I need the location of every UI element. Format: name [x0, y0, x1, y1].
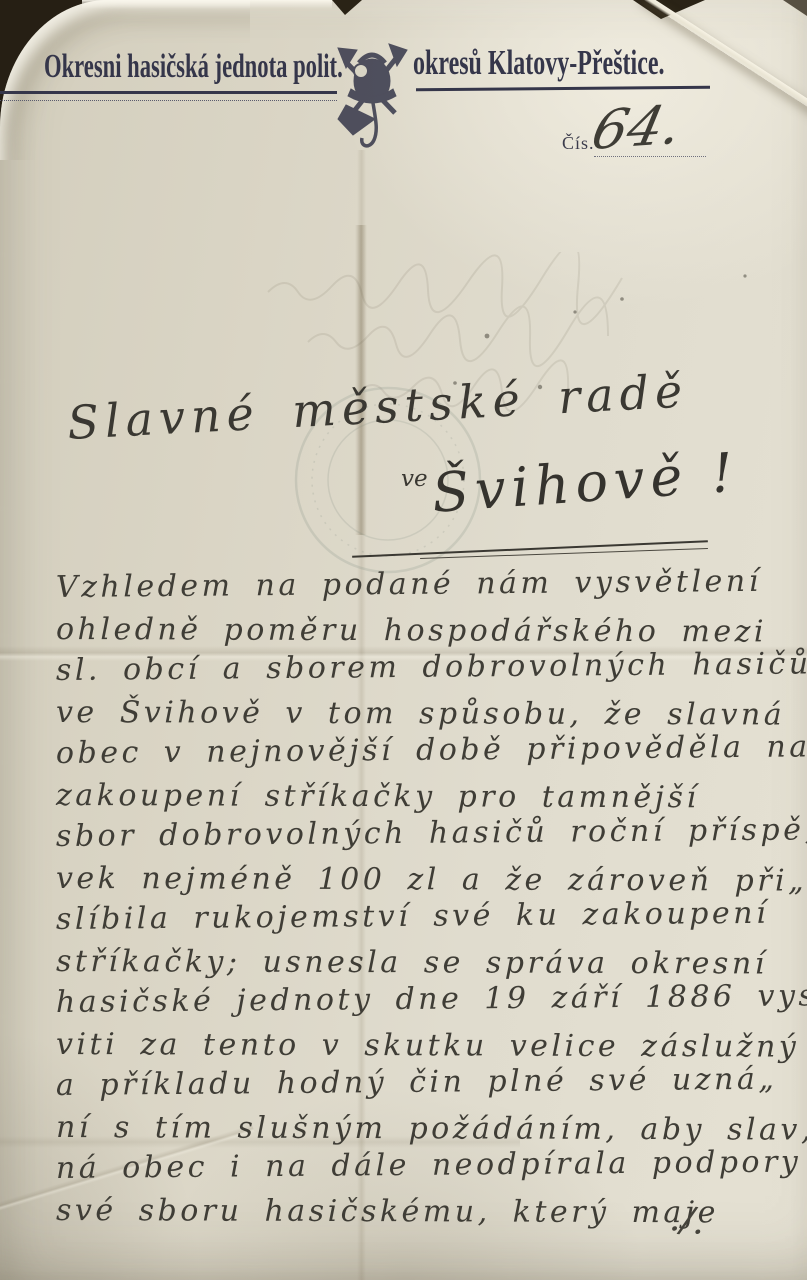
letterhead-org-right: okresů Klatovy-Přeštice.: [413, 44, 665, 83]
photo-background-corner: [783, 0, 807, 16]
manuscript-line: obec v nejnovější době připověděla na: [56, 730, 786, 778]
letterhead-rule-left-dotted: [0, 100, 337, 101]
manuscript-line: Vzhledem na podané nám vysvětlení: [56, 564, 786, 612]
continuation-mark: ./.: [667, 1198, 707, 1243]
manuscript-line: hasičské jednoty dne 19 září 1886 vyslo„: [56, 979, 786, 1027]
paper-sheet: Okresni hasičská jednota polit. okresů K…: [0, 0, 807, 1280]
manuscript-line: ná obec i na dále neodpírala podpory: [56, 1145, 786, 1193]
paper-edge-highlight: [82, 0, 332, 9]
manuscript-line: slíbila rukojemství své ku zakoupení: [56, 896, 786, 944]
letterhead-rule-left: [0, 91, 337, 94]
manuscript-line: sl. obcí a sborem dobrovolných hasičů: [56, 647, 786, 695]
manuscript-line: a příkladu hodný čin plné své uzná„: [56, 1062, 786, 1110]
letterhead-org-left: Okresni hasičská jednota polit.: [44, 48, 343, 86]
salutation-preposition: ve: [401, 466, 428, 492]
manuscript-body: Vzhledem na podané nám vysvětlení ohledn…: [56, 570, 786, 1234]
photo-background-notch: [332, 0, 362, 15]
letterhead-rule-right: [416, 86, 710, 92]
firefighter-helmet-crossed-axes-icon: [333, 33, 409, 153]
manuscript-line: sbor dobrovolných hasičů roční příspě„: [56, 813, 786, 861]
document-number-value: 64.: [586, 93, 687, 162]
